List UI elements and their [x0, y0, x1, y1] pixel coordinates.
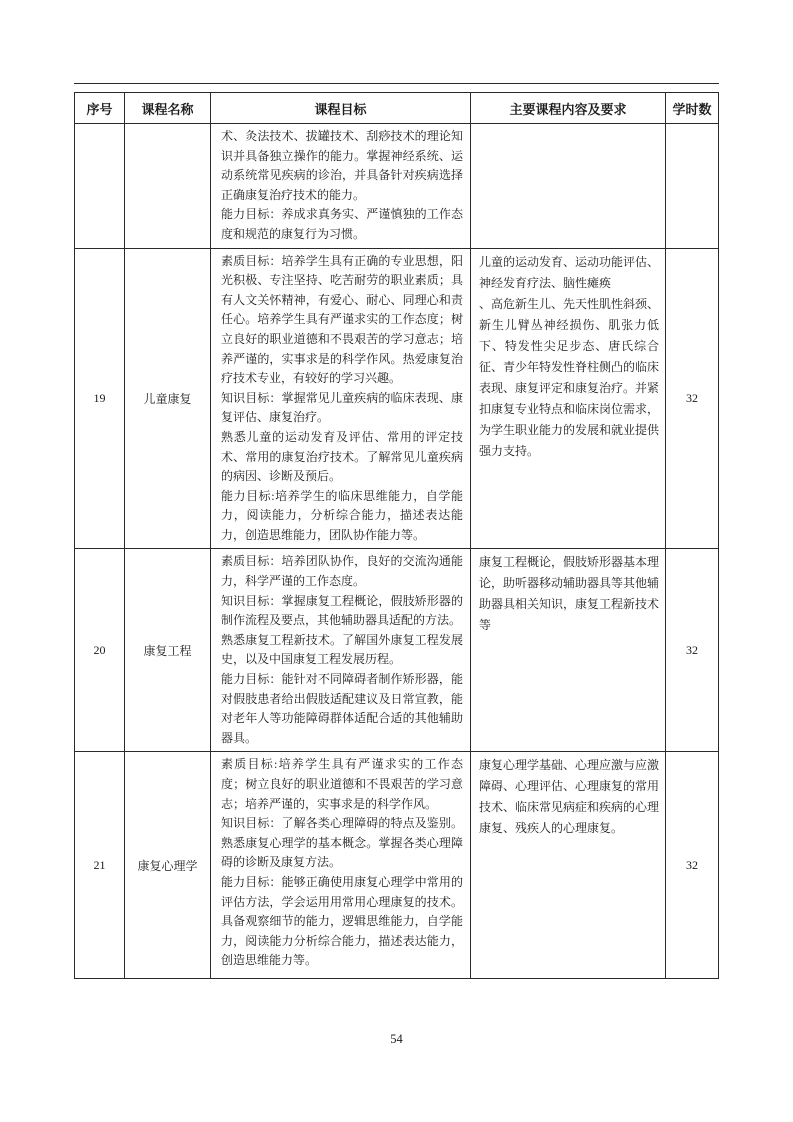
table-row-20: 20 康复工程 素质目标：培养团队协作，良好的交流沟通能力，科学严谨的工作态度。… — [75, 549, 719, 752]
course-name-cell — [125, 124, 211, 249]
hours-cell: 32 — [666, 752, 719, 979]
row-number-cell: 20 — [75, 549, 125, 752]
course-name-cell: 康复心理学 — [125, 752, 211, 979]
hours-cell: 32 — [666, 248, 719, 549]
hours-cell — [666, 124, 719, 249]
header-course-content: 主要课程内容及要求 — [471, 93, 666, 124]
header-course-name: 课程名称 — [125, 93, 211, 124]
course-name-cell: 儿童康复 — [125, 248, 211, 549]
course-objectives-cell: 素质目标:培养学生具有严谨求实的工作态度；树立良好的职业道德和不畏艰苦的学习意志… — [211, 752, 471, 979]
course-content-cell: 康复心理学基础、心理应激与应激障碍、心理评估、心理康复的常用技术、临床常见病症和… — [471, 752, 666, 979]
table-row-21: 21 康复心理学 素质目标:培养学生具有严谨求实的工作态度；树立良好的职业道德和… — [75, 752, 719, 979]
hours-cell: 32 — [666, 549, 719, 752]
table-row-19: 19 儿童康复 素质目标：培养学生具有正确的专业思想，阳光积极、专注坚持、吃苦耐… — [75, 248, 719, 549]
header-hours: 学时数 — [666, 93, 719, 124]
course-content-cell: 儿童的运动发育、运动功能评估、神经发育疗法、脑性瘫痪 、高危新生儿、先天性肌性斜… — [471, 248, 666, 549]
course-objectives-cell: 术、灸法技术、拔罐技术、刮痧技术的理论知识并具备独立操作的能力。掌握神经系统、运… — [211, 124, 471, 249]
row-number-cell — [75, 124, 125, 249]
table-continuation-rule — [74, 83, 719, 84]
row-number-cell: 21 — [75, 752, 125, 979]
course-table: 序号 课程名称 课程目标 主要课程内容及要求 学时数 术、灸法技术、拔罐技术、刮… — [74, 92, 719, 979]
header-course-objectives: 课程目标 — [211, 93, 471, 124]
course-content-cell: 康复工程概论，假肢矫形器基本理论，助听器移动辅助器具等其他辅助器具相关知识，康复… — [471, 549, 666, 752]
course-name-cell: 康复工程 — [125, 549, 211, 752]
table-row-continuation: 术、灸法技术、拔罐技术、刮痧技术的理论知识并具备独立操作的能力。掌握神经系统、运… — [75, 124, 719, 249]
row-number-cell: 19 — [75, 248, 125, 549]
table-header-row: 序号 课程名称 课程目标 主要课程内容及要求 学时数 — [75, 93, 719, 124]
header-number: 序号 — [75, 93, 125, 124]
course-objectives-cell: 素质目标：培养学生具有正确的专业思想，阳光积极、专注坚持、吃苦耐劳的职业素质；具… — [211, 248, 471, 549]
document-page: 序号 课程名称 课程目标 主要课程内容及要求 学时数 术、灸法技术、拔罐技术、刮… — [0, 0, 793, 1122]
course-content-cell — [471, 124, 666, 249]
page-number: 54 — [0, 1032, 793, 1047]
course-objectives-cell: 素质目标：培养团队协作，良好的交流沟通能力，科学严谨的工作态度。 知识目标：掌握… — [211, 549, 471, 752]
